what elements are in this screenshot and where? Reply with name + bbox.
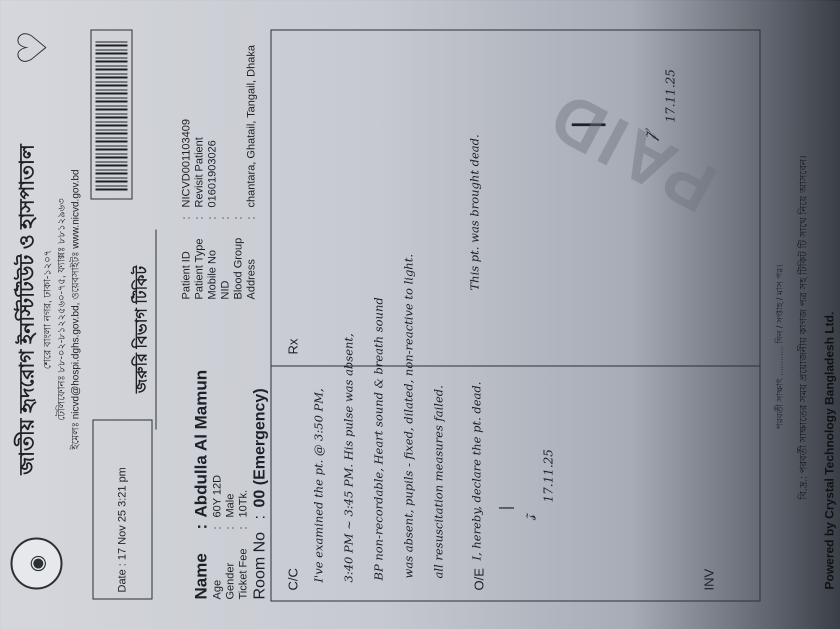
rx-label: Rx [285, 338, 300, 354]
ticket-title: জরুরি বিভাগ টিকিট [128, 229, 156, 429]
patient-name-row: Name: Abdulla Al Mamun [190, 339, 211, 599]
inv-label: INV [701, 568, 716, 590]
patient-info-left: Name: Abdulla Al Mamun Age: 60Y 12D Gend… [190, 339, 270, 599]
address-row: Address: chantara, Ghatail, Tangail, Dha… [245, 9, 258, 299]
rx-note-line: This pt. was brought dead. [467, 134, 481, 290]
government-seal-icon: ◉ [10, 537, 62, 589]
ticket-fee-row: Ticket Fee: 10Tk. [237, 339, 250, 599]
ticket-header: ◉ জাতীয় হৃদরোগ ইনস্টিটিউট ও হাসপাতাল শে… [0, 0, 180, 629]
cc-note-line: 3:40 PM ~ 3:45 PM. His pulse was absent, [341, 333, 355, 582]
blood-group-row: Blood Group: [232, 9, 245, 299]
patient-age-row: Age: 60Y 12D [211, 339, 224, 599]
patient-type-row: Patient Type: Revisit Patient [193, 9, 206, 299]
barcode-icon [90, 29, 132, 199]
clinical-notes-box: C/C O/E INV Rx I've examined the pt. @ 3… [270, 29, 760, 601]
nid-row: NID: [219, 9, 232, 299]
ticket-date: Date : 17 Nov 25 3:21 pm [116, 467, 128, 592]
oe-note-line: I, hereby, declare the pt. dead. [469, 381, 483, 560]
oe-label: O/E [471, 568, 486, 590]
heart-logo-icon: ♡ [6, 20, 60, 74]
date-box: Date : 17 Nov 25 3:21 pm [92, 419, 152, 599]
left-signature-date: 17.11.25 [541, 449, 555, 502]
paid-stamp: PAID [534, 74, 729, 228]
cc-label: C/C [285, 568, 300, 590]
footer-note: বি.দ্র.: পরবর্তী সাক্ষাতের সময় প্রয়োজন… [796, 155, 813, 499]
next-visit-line: পরবর্তী সাক্ষাৎ ............ দিন / সপ্তা… [772, 264, 787, 429]
cc-note-line: was absent, pupils - fixed, dilated, non… [401, 254, 415, 579]
patient-info-right: Patient ID: NICVD001103409 Patient Type:… [180, 9, 258, 299]
footer-brand: Powered by Crystal Technology Bangladesh… [822, 311, 836, 589]
mobile-row: Mobile No: 01601903026 [206, 9, 219, 299]
room-no-row: Room No: 00 (Emergency) [250, 339, 270, 599]
org-contact: ইমেলঃ nicvd@hospi.dghs.gov.bd, ওয়েবসাইট… [68, 99, 85, 519]
emergency-ticket-page: ◉ জাতীয় হৃদরোগ ইনস্টিটিউট ও হাসপাতাল শে… [0, 0, 840, 629]
cc-note-line: all resuscitation measures failed. [431, 385, 445, 578]
patient-name: Abdulla Al Mamun [190, 369, 211, 517]
patient-gender-row: Gender: Male [224, 339, 237, 599]
left-signature: 𝓈̃ [521, 514, 539, 520]
patient-id-row: Patient ID: NICVD001103409 [180, 9, 193, 299]
cc-note-line: I've examined the pt. @ 3:50 PM, [311, 388, 325, 582]
cc-note-line: BP non-recordable, Heart sound & breath … [371, 297, 385, 580]
right-signature-date: 17.11.25 [663, 69, 677, 122]
left-signature-mark: | [496, 505, 514, 510]
